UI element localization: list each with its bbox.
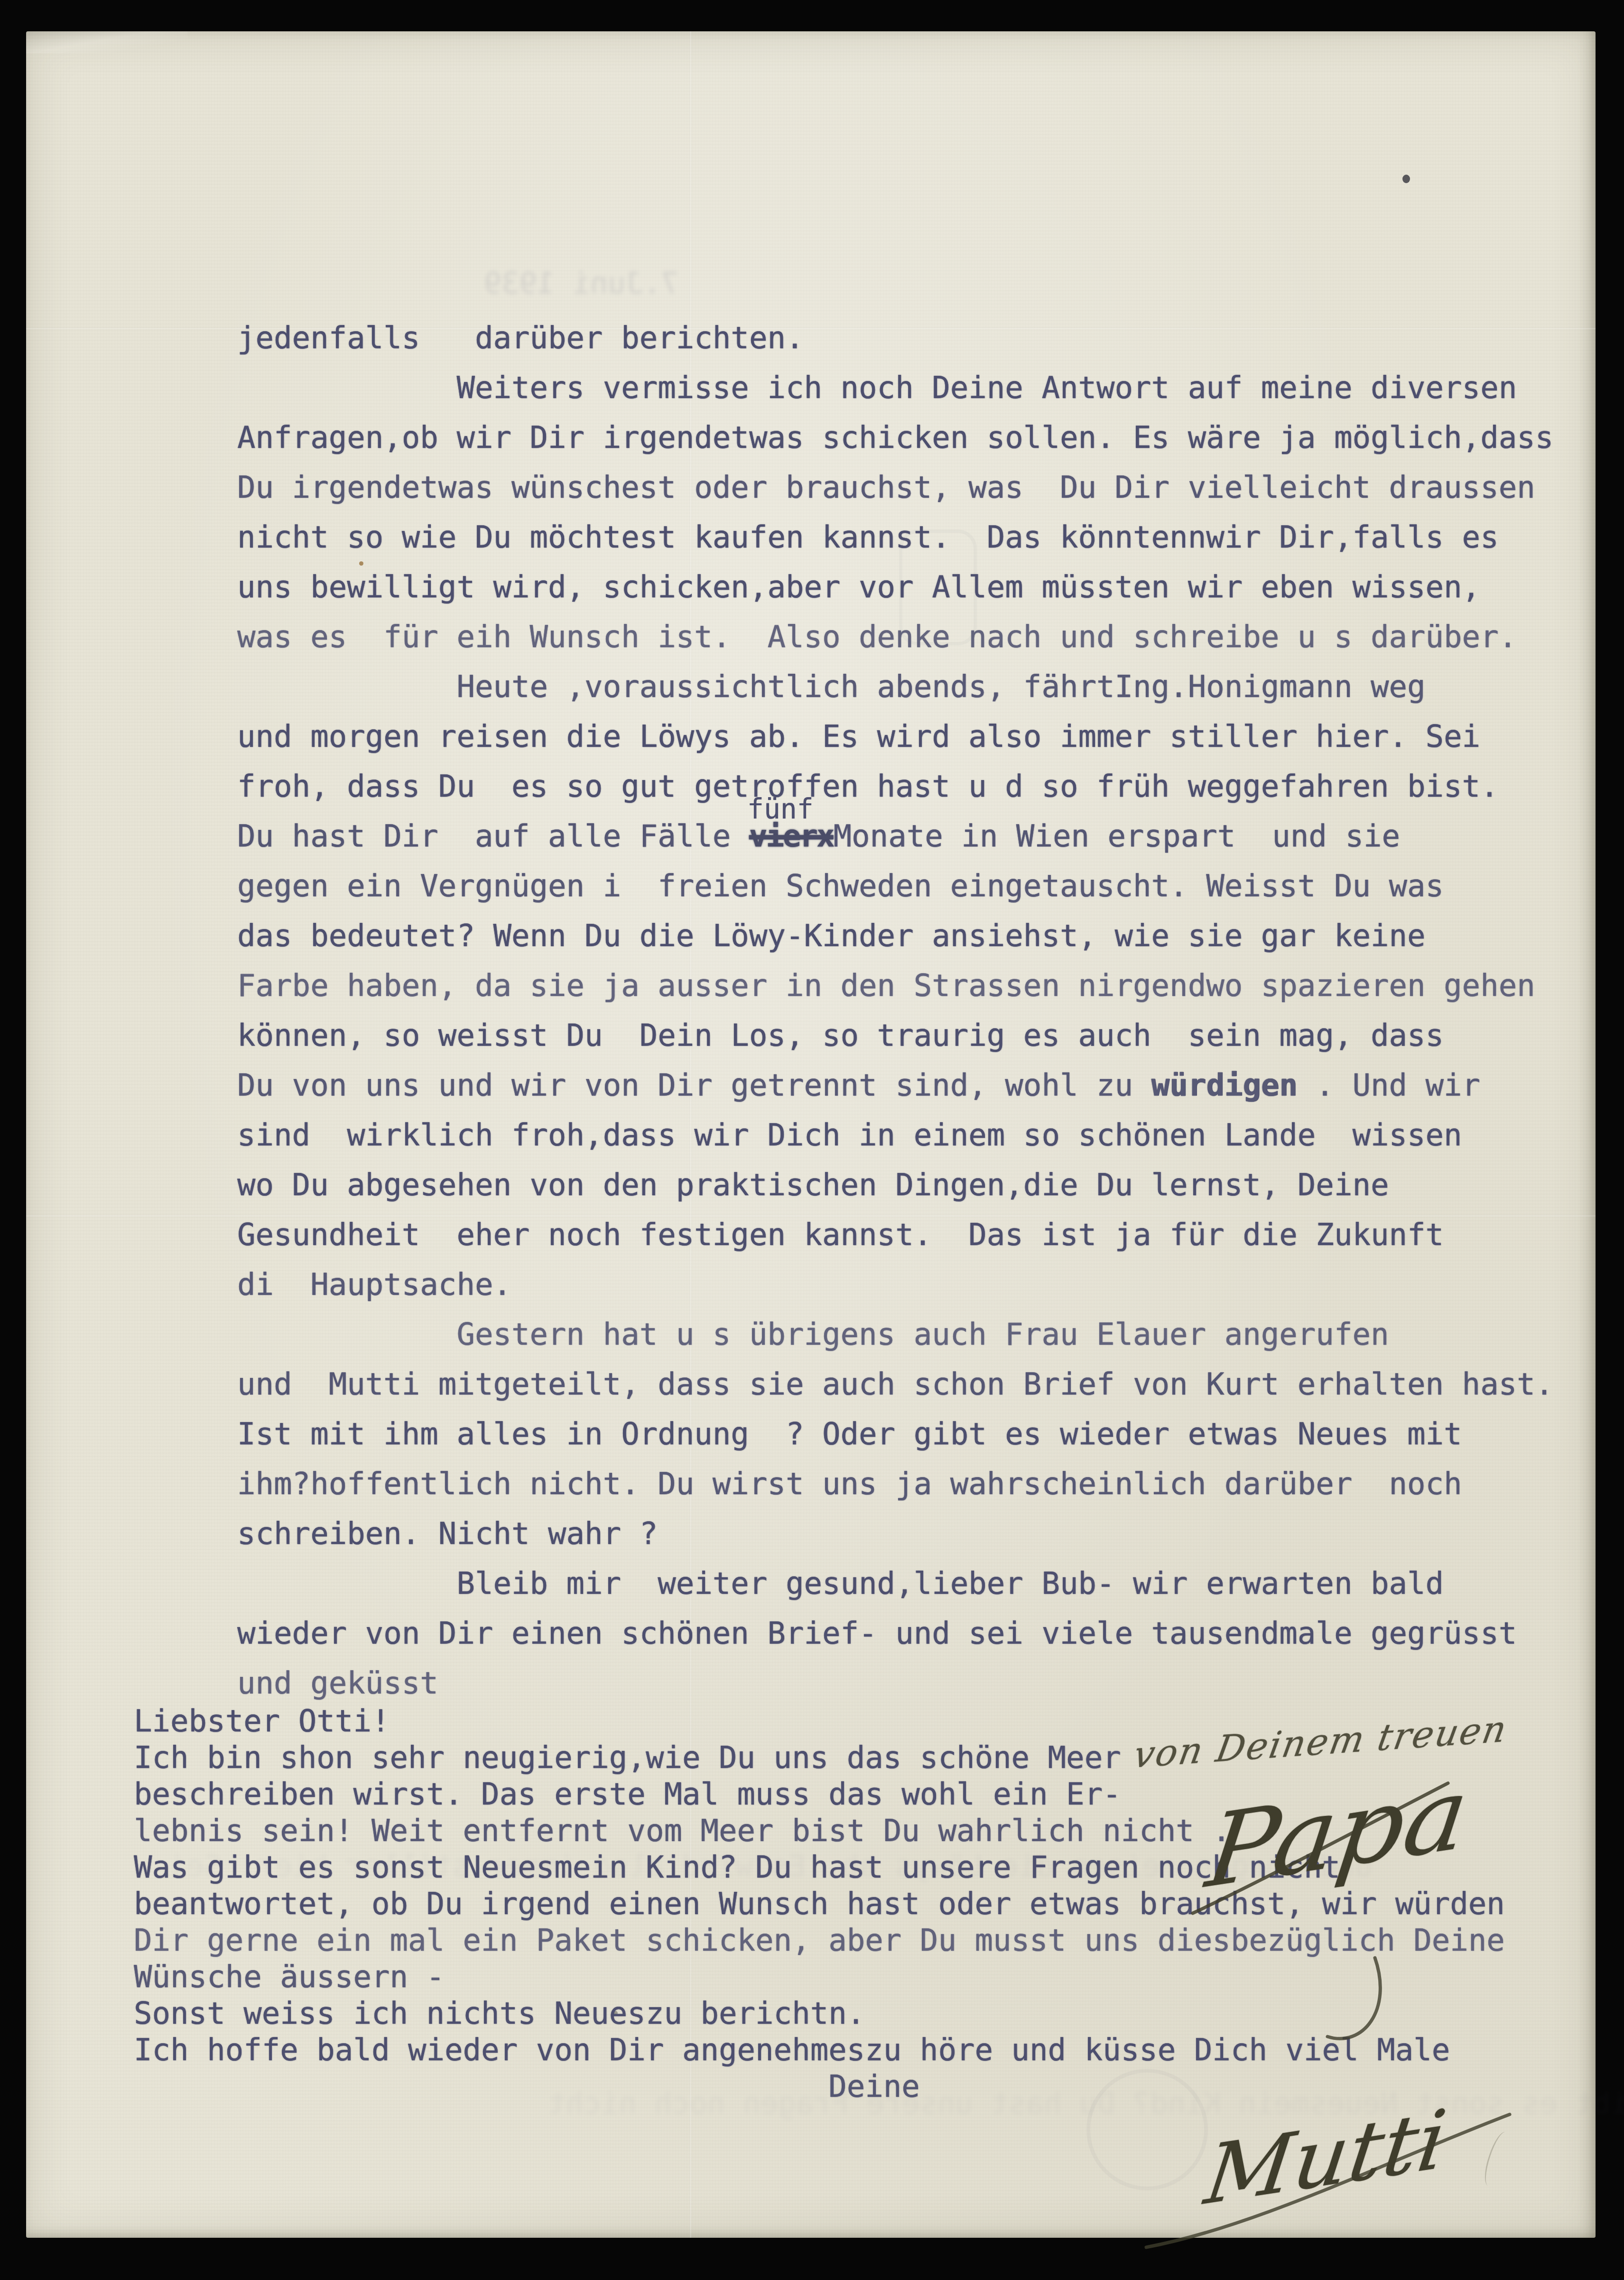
letter-line: Heute ,voraussichtlich abends, fährtIng.… (237, 662, 1553, 712)
letter-line: und Mutti mitgeteilt, dass sie auch scho… (237, 1360, 1553, 1410)
letter-line: was es für eih Wunsch ist. Also denke na… (237, 613, 1553, 662)
letter-line-segment-bold: würdigen (1151, 1068, 1298, 1103)
letter-line: froh, dass Du es so gut getroffen hast u… (237, 762, 1553, 812)
letter-line: schreiben. Nicht wahr ? (237, 1509, 1553, 1559)
letter-line: wieder von Dir einen schönen Brief- und … (237, 1609, 1553, 1659)
letter-line: wo Du abgesehen von den praktischen Ding… (237, 1161, 1553, 1210)
corner-fold (26, 31, 187, 53)
letter-line: und geküsst (237, 1659, 1553, 1709)
letter-line: Gesundheit eher noch festigen kannst. Da… (237, 1210, 1553, 1260)
signature-papa: Papa (1186, 1754, 1452, 2057)
letter-line: Farbe haben, da sie ja ausser in den Str… (237, 961, 1553, 1011)
letter-line: Ist mit ihm alles in Ordnung ? Oder gibt… (237, 1410, 1553, 1460)
letter-line: können, so weisst Du Dein Los, so trauri… (237, 1011, 1553, 1061)
signature-mutti: Mutti (1139, 2057, 1518, 2261)
letter-line: das bedeutet? Wenn Du die Löwy-Kinder an… (237, 912, 1553, 961)
letter-line: sind wirklich froh,dass wir Dich in eine… (237, 1111, 1553, 1161)
bleedthrough-date-ghost: 7.Juni 1939 (484, 266, 679, 300)
letter-line: Du irgendetwas wünschest oder brauchst, … (237, 463, 1553, 513)
letter-line: Anfragen,ob wir Dir irgendetwas schicken… (237, 413, 1553, 463)
letter-line: ihm?hoffentlich nicht. Du wirst uns ja w… (237, 1460, 1553, 1509)
letter-line: und morgen reisen die Löwys ab. Es wird … (237, 712, 1553, 762)
letter-line-segment: Monate in Wien erspart und sie (834, 819, 1400, 854)
letter-line: gegen ein Vergnügen i freien Schweden ei… (237, 862, 1553, 912)
letter-line: Du von uns und wir von Dir getrennt sind… (237, 1061, 1553, 1111)
letter-body: jedenfalls darüber berichten. Weiters ve… (237, 314, 1553, 1709)
letter-line: uns bewilligt wird, schicken,aber vor Al… (237, 563, 1553, 613)
letter-line-segment: . Und wir (1298, 1068, 1480, 1103)
letter-line: jedenfalls darüber berichten. (237, 314, 1553, 363)
scanned-letter-screenshot: 7.Juni 1939 und morgen reisen die Löwys … (0, 0, 1624, 2280)
letter-line: Bleib mir weiter gesund,lieber Bub- wir … (237, 1559, 1553, 1609)
typed-correction-insert: fünf (747, 793, 814, 825)
letter-line-segment: Du hast Dir auf alle Fälle (237, 819, 749, 854)
letter-line-segment: Du von uns und wir von Dir getrennt sind… (237, 1068, 1151, 1103)
letter-line: Du hast Dir auf alle Fälle vierxMonate i… (237, 812, 1553, 862)
letter-line: di Hauptsache. (237, 1260, 1553, 1310)
ink-speck (1402, 175, 1410, 183)
letter-line: Weiters vermisse ich noch Deine Antwort … (237, 363, 1553, 413)
letter-line: nicht so wie Du möchtest kaufen kannst. … (237, 513, 1553, 563)
letter-page: 7.Juni 1939 und morgen reisen die Löwys … (26, 31, 1596, 2238)
letter-line: Gestern hat u s übrigens auch Frau Elaue… (237, 1310, 1553, 1360)
